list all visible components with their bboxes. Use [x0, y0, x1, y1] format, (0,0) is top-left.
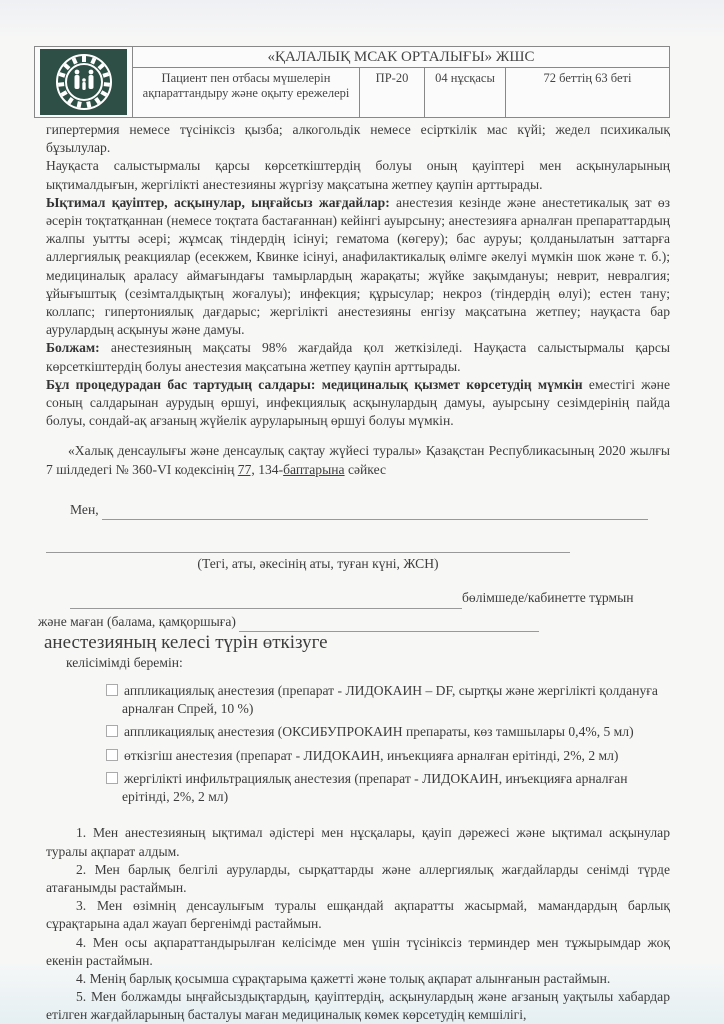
refusal-label: Бұл процедурадан бас тартудың салдары: м… — [46, 377, 583, 392]
name-field-row: Мен, — [46, 501, 670, 520]
legal-article-ref: 77, — [238, 462, 255, 477]
prognosis-label: Болжам: — [46, 340, 100, 355]
statement-item: 5. Мен болжамды ыңғайсыздықтардың, қауіп… — [46, 988, 670, 1024]
risks-text: анестезия кезінде және анестетикалық зат… — [46, 195, 670, 337]
header-details-row: Пациент пен отбасы мүшелерін ақпараттанд… — [133, 68, 669, 117]
document-version: 04 нұсқасы — [425, 68, 506, 117]
consent-label: келісімімді беремін: — [46, 654, 670, 672]
name-field-caption: (Тегі, аты, әкесінің аты, туған күні, ЖС… — [46, 555, 670, 573]
paragraph-contraindications-end: гипертермия немесе түсініксіз қызба; алк… — [46, 121, 670, 157]
legal-text-mid: 134- — [255, 462, 283, 477]
legal-text-end: сәйкес — [345, 462, 386, 477]
logo-cell — [35, 47, 133, 117]
option-checkbox[interactable] — [106, 749, 118, 761]
option-label: өткізгіш анестезия (препарат - ЛИДОКАИН,… — [124, 748, 618, 763]
anesthesia-options: аппликациялық анестезия (препарат - ЛИДО… — [46, 682, 670, 806]
paragraph-relative-contraindications: Науқаста салыстырмалы қарсы көрсеткіштер… — [46, 157, 670, 193]
scan-margin-top — [0, 0, 724, 36]
prognosis-text: анестезияның мақсаты 98% жағдайда қол же… — [46, 340, 670, 373]
anesthesia-option[interactable]: жергілікті инфильтрациялық анестезия (пр… — [46, 770, 670, 806]
paragraph-legal-basis: «Халық денсаулығы және денсаулық сақтау … — [46, 442, 670, 478]
document-title: Пациент пен отбасы мүшелерін ақпараттанд… — [133, 68, 360, 117]
header-info: «ҚАЛАЛЫҚ МСАК ОРТАЛЫҒЫ» ЖШС Пациент пен … — [133, 47, 669, 117]
option-label: жергілікті инфильтрациялық анестезия (пр… — [122, 771, 627, 804]
document-body: гипертермия немесе түсініксіз қызба; алк… — [46, 121, 670, 1024]
paragraph-risks: Ықтимал қауіптер, асқынулар, ыңғайсыз жа… — [46, 194, 670, 340]
option-label: аппликациялық анестезия (ОКСИБУПРОКАИН п… — [124, 724, 634, 739]
statement-item: 1. Мен анестезияның ықтимал әдістері мен… — [46, 824, 670, 860]
organization-name: «ҚАЛАЛЫҚ МСАК ОРТАЛЫҒЫ» ЖШС — [133, 47, 669, 68]
statement-item: 4. Мен осы ақпараттандырылған келісімде … — [46, 934, 670, 970]
option-checkbox[interactable] — [106, 684, 118, 696]
document-header-table: «ҚАЛАЛЫҚ МСАК ОРТАЛЫҒЫ» ЖШС Пациент пен … — [34, 46, 670, 118]
guardian-label: және маған (балама, қамқоршыға) — [38, 614, 236, 629]
legal-articles-word: баптарына — [283, 462, 344, 477]
name-input-line[interactable] — [102, 501, 648, 520]
department-field-row: бөлімшеде/кабинетте тұрмын — [46, 589, 670, 608]
document-code: ПР-20 — [360, 68, 425, 117]
page-number: 72 беттің 63 беті — [506, 68, 669, 117]
paragraph-prognosis: Болжам: анестезияның мақсаты 98% жағдайд… — [46, 339, 670, 375]
consent-heading: анестезияның келесі түрін өткізуге — [44, 632, 670, 654]
option-label: аппликациялық анестезия (препарат - ЛИДО… — [122, 683, 658, 716]
guardian-field-row: және маған (балама, қамқоршыға) — [38, 613, 670, 632]
statement-item: 4. Менің барлық қосымша сұрақтарыма қаже… — [46, 970, 670, 988]
department-suffix: бөлімшеде/кабинетте тұрмын — [462, 590, 634, 605]
anesthesia-option[interactable]: аппликациялық анестезия (препарат - ЛИДО… — [46, 682, 670, 718]
statement-item: 3. Мен өзімнің денсаулығым туралы ешқанд… — [46, 897, 670, 933]
option-checkbox[interactable] — [106, 725, 118, 737]
name-input-line-2[interactable] — [46, 534, 670, 553]
statement-item: 2. Мен барлық белгілі ауруларды, сырқатт… — [46, 861, 670, 897]
family-in-ring-logo-icon — [40, 49, 127, 115]
department-input-line[interactable] — [70, 589, 462, 608]
i-label: Мен, — [70, 502, 99, 517]
anesthesia-option[interactable]: аппликациялық анестезия (ОКСИБУПРОКАИН п… — [46, 723, 670, 741]
risks-label: Ықтимал қауіптер, асқынулар, ыңғайсыз жа… — [46, 195, 390, 210]
option-checkbox[interactable] — [106, 772, 118, 784]
paragraph-refusal: Бұл процедурадан бас тартудың салдары: м… — [46, 376, 670, 431]
guardian-input-line[interactable] — [239, 613, 539, 632]
statements-list: 1. Мен анестезияның ықтимал әдістері мен… — [46, 824, 670, 1024]
anesthesia-option[interactable]: өткізгіш анестезия (препарат - ЛИДОКАИН,… — [46, 747, 670, 765]
